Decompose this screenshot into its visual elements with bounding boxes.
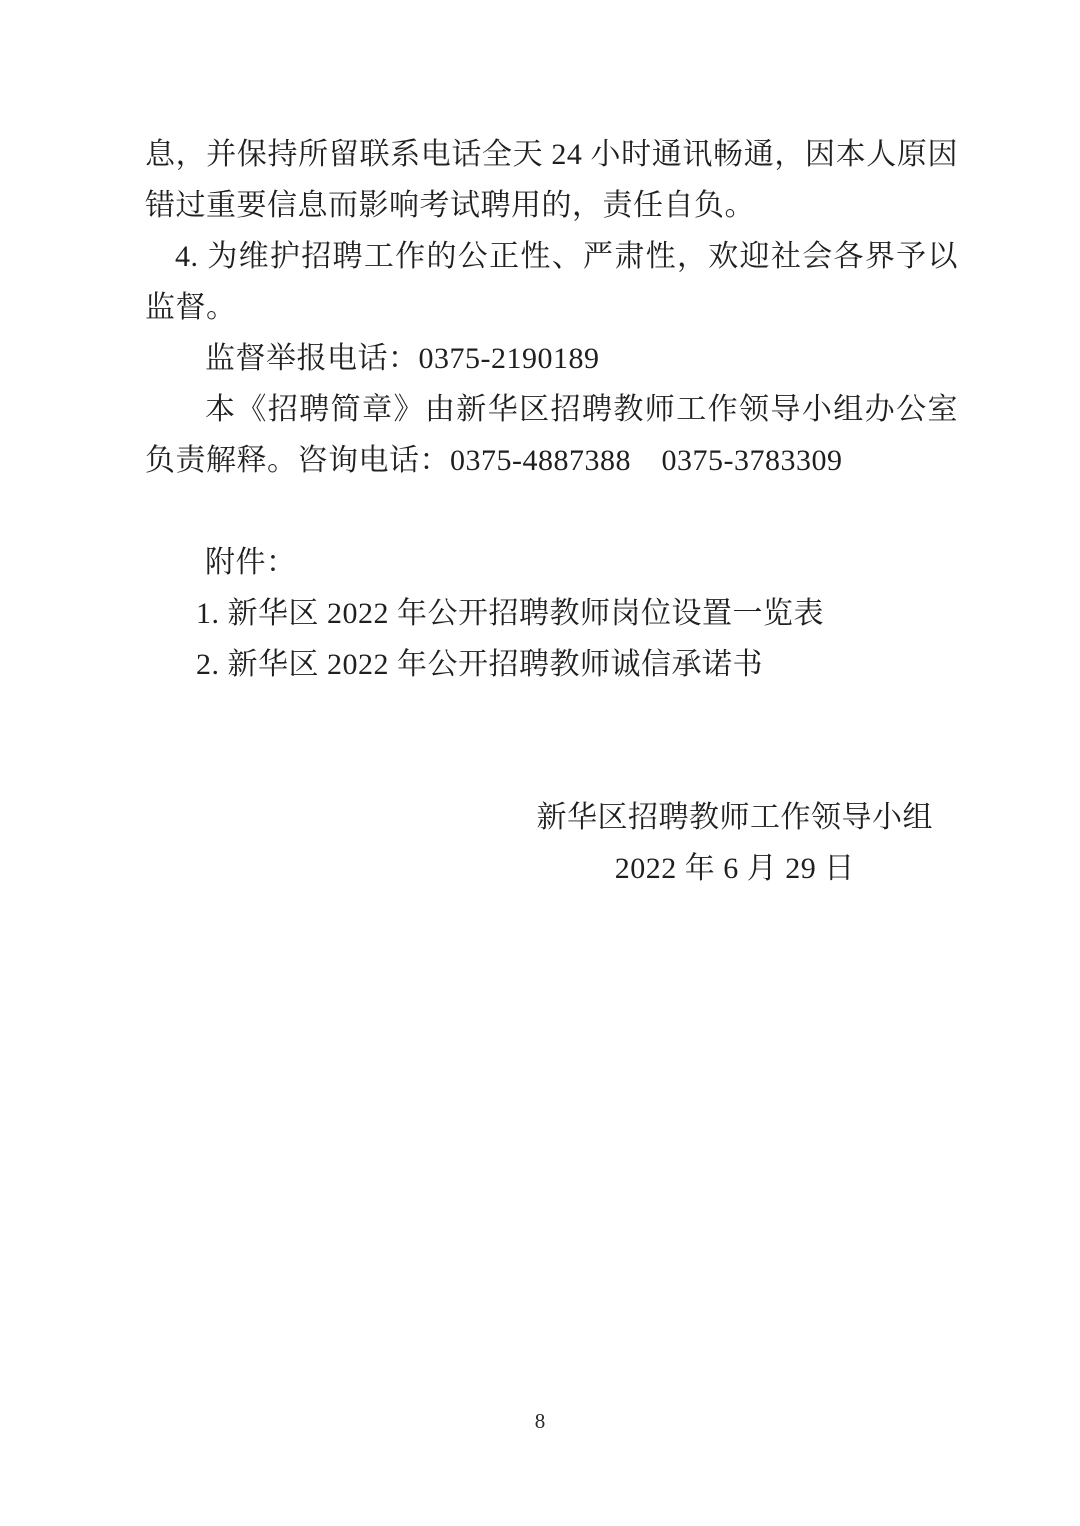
document-page: 息，并保持所留联系电话全天 24 小时通讯畅通，因本人原因错过重要信息而影响考试…	[0, 0, 1080, 1526]
blank-line-spacer	[145, 486, 958, 537]
signature-area: 新华区招聘教师工作领导小组 2022 年 6 月 29 日	[145, 792, 958, 894]
paragraph-interpretation-and-consult-phones: 本《招聘简章》由新华区招聘教师工作领导小组办公室负责解释。咨询电话：0375-4…	[145, 384, 958, 486]
blank-lines-spacer	[145, 690, 958, 792]
paragraph-supervision-item-4: 4. 为维护招聘工作的公正性、严肃性，欢迎社会各界予以监督。	[145, 231, 958, 333]
signature-date: 2022 年 6 月 29 日	[537, 843, 934, 894]
paragraph-contact-continuation: 息，并保持所留联系电话全天 24 小时通讯畅通，因本人原因错过重要信息而影响考试…	[145, 129, 958, 231]
paragraph-supervision-hotline: 监督举报电话：0375-2190189	[145, 333, 958, 384]
attachments-heading: 附件：	[145, 537, 958, 588]
signature-block: 新华区招聘教师工作领导小组 2022 年 6 月 29 日	[537, 792, 934, 894]
signature-organization: 新华区招聘教师工作领导小组	[537, 792, 934, 843]
attachment-item-1: 1. 新华区 2022 年公开招聘教师岗位设置一览表	[145, 588, 958, 639]
attachment-item-2: 2. 新华区 2022 年公开招聘教师诚信承诺书	[145, 639, 958, 690]
document-body: 息，并保持所留联系电话全天 24 小时通讯畅通，因本人原因错过重要信息而影响考试…	[145, 129, 958, 894]
page-number: 8	[0, 1406, 1080, 1436]
